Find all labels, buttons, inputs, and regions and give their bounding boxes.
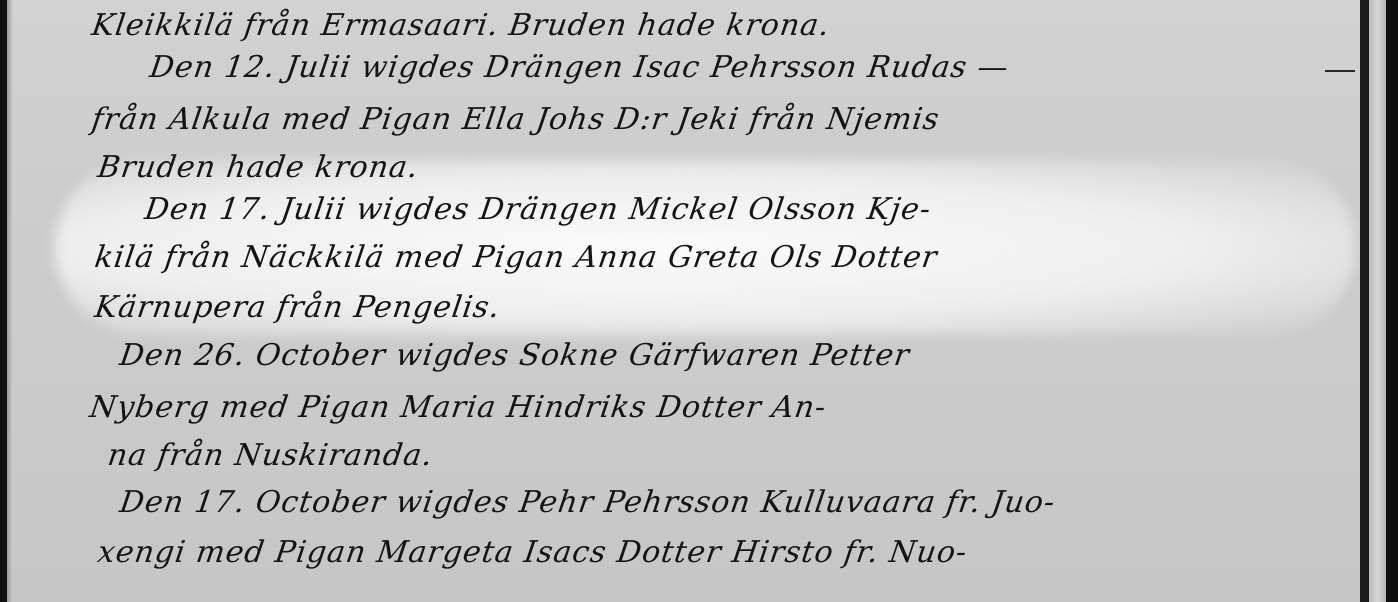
register-line-3: från Alkula med Pigan Ella Johs D:r Jeki… [90, 102, 942, 137]
register-line-7-highlighted: Kärnupera från Pengelis. [93, 290, 503, 325]
left-page-edge [0, 0, 7, 602]
right-binding-gap [1369, 0, 1386, 602]
register-line-4: Bruden hade krona. [96, 150, 421, 185]
register-line-2: Den 12. Julii wigdes Drängen Isac Pehrss… [148, 50, 1012, 85]
register-page-scan: Kleikkilä från Ermasaari. Bruden hade kr… [0, 0, 1398, 602]
right-binding-edge [1360, 0, 1369, 602]
register-line-8: Den 26. October wigdes Sokne Gärfwaren P… [118, 338, 913, 373]
register-line-1: Kleikkilä från Ermasaari. Bruden hade kr… [90, 8, 833, 43]
left-edge-shadow [7, 0, 13, 602]
register-line-9: Nyberg med Pigan Maria Hindriks Dotter A… [88, 390, 829, 425]
register-line-10: na från Nuskiranda. [106, 438, 436, 473]
ink-underline [1325, 70, 1355, 72]
register-line-6-highlighted: kilä från Näckkilä med Pigan Anna Greta … [93, 240, 940, 275]
right-page-edge [1386, 0, 1398, 602]
register-line-12: xengi med Pigan Margeta Isacs Dotter Hir… [96, 535, 970, 570]
register-line-11: Den 17. October wigdes Pehr Pehrsson Kul… [118, 485, 1058, 520]
register-line-5-highlighted: Den 17. Julii wigdes Drängen Mickel Olss… [143, 192, 934, 227]
